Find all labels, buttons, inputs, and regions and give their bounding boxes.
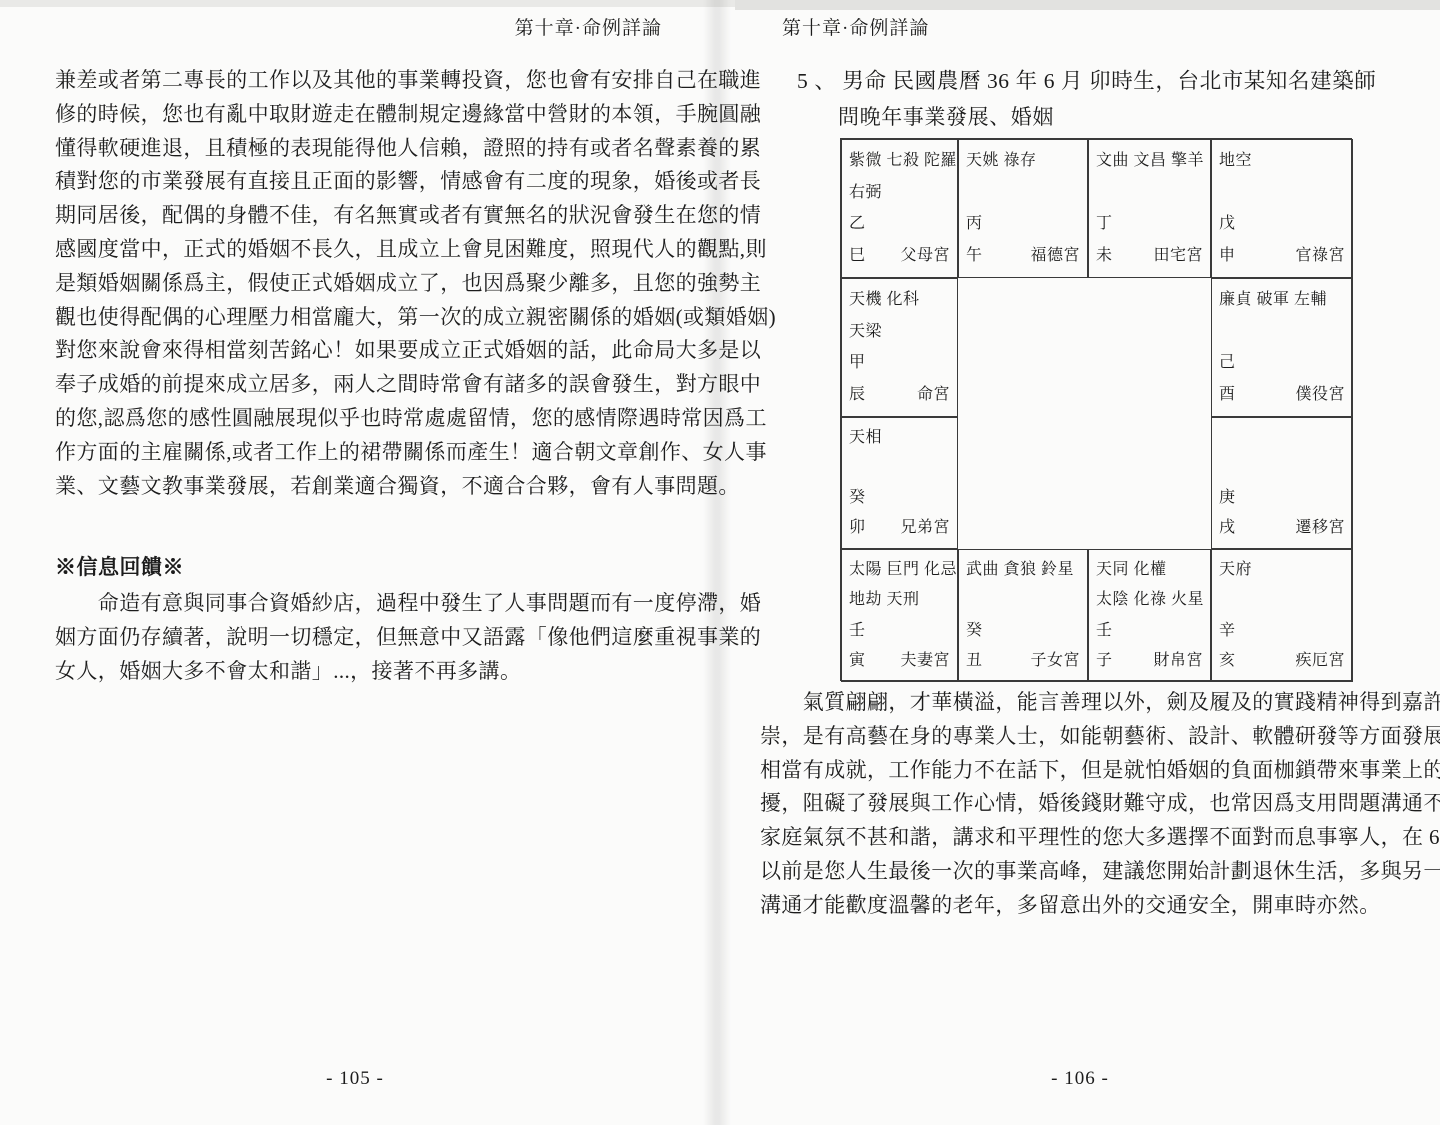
earthly-branch: 未 bbox=[1096, 248, 1113, 264]
palace-name: 僕役宮 bbox=[1295, 387, 1345, 403]
palace-cell-遷移宮: 庚戌遷移宮 bbox=[1211, 417, 1353, 549]
heavenly-stem: 甲 bbox=[849, 348, 950, 380]
earthly-branch: 子 bbox=[1096, 653, 1113, 669]
text-line: 觀也使得配偶的心理壓力相當龐大，第一次的成立親密關係的婚姻(或類婚姻) bbox=[55, 301, 701, 335]
palace-cell-田宅宮: 文曲 文昌 擎羊丁未田宅宮 bbox=[1088, 139, 1211, 278]
heavenly-stem: 壬 bbox=[1096, 616, 1203, 646]
star-names-line1 bbox=[1219, 423, 1345, 453]
palace-cell-福德宮: 天姚 祿存丙午福德宮 bbox=[958, 139, 1088, 278]
earthly-branch: 申 bbox=[1219, 248, 1236, 264]
palace-footer: 寅夫妻宮 bbox=[849, 646, 950, 676]
text-line: 命造有意與同事合資婚紗店，過程中發生了人事問題而有一度停滯，婚 bbox=[55, 587, 701, 621]
right-page-number: - 106 - bbox=[780, 1068, 1380, 1090]
text-line: 對您來說會來得相當刻苦銘心！如果要成立正式婚姻的話，此命局大多是以 bbox=[55, 334, 701, 368]
text-line: 感國度當中，正式的婚姻不長久，且成立上會見困難度，照現代人的觀點,則 bbox=[55, 233, 701, 267]
text-line: 是類婚姻關係爲主，假使正式婚姻成立了，也因爲聚少離多，且您的強勢主 bbox=[55, 267, 701, 301]
palace-footer: 亥疾厄宮 bbox=[1219, 646, 1345, 676]
left-page-number: - 105 - bbox=[55, 1068, 655, 1090]
palace-footer: 卯兄弟宮 bbox=[849, 513, 950, 543]
star-names-line1: 天府 bbox=[1219, 555, 1345, 585]
star-names-line2: 天梁 bbox=[849, 316, 950, 348]
right-running-header: 第十章·命例詳論 bbox=[782, 13, 929, 40]
left-running-header: 第十章·命例詳論 bbox=[400, 13, 662, 40]
left-page-body-text: 兼差或者第二專長的工作以及其他的事業轉投資，您也會有安排自己在職進修的時候，您也… bbox=[55, 64, 701, 503]
text-line: 家庭氣氛不甚和諧，講求和平理性的您大多選擇不面對而息事寧人，在 65 歲 bbox=[760, 821, 1390, 855]
palace-footer: 申官祿宮 bbox=[1219, 240, 1345, 272]
palace-name: 官祿宮 bbox=[1295, 248, 1345, 264]
heavenly-stem: 癸 bbox=[966, 616, 1080, 646]
star-names-line2 bbox=[966, 585, 1080, 615]
palace-name: 福德宮 bbox=[1030, 248, 1080, 264]
star-names-line1: 文曲 文昌 擎羊 bbox=[1096, 145, 1203, 177]
heavenly-stem: 庚 bbox=[1219, 483, 1345, 513]
scan-top-edge-right bbox=[735, 0, 1440, 10]
star-names-line2 bbox=[1219, 177, 1345, 209]
earthly-branch: 辰 bbox=[849, 387, 866, 403]
text-line: 兼差或者第二專長的工作以及其他的事業轉投資，您也會有安排自己在職進 bbox=[55, 64, 701, 98]
palace-cell-命宮: 天機 化科天梁甲辰命宮 bbox=[841, 278, 958, 417]
palace-footer: 未田宅宮 bbox=[1096, 240, 1203, 272]
earthly-branch: 寅 bbox=[849, 653, 866, 669]
text-line: 業、文藝文教事業發展，若創業適合獨資，不適合合夥，會有人事問題。 bbox=[55, 470, 701, 504]
palace-footer: 子財帛宮 bbox=[1096, 646, 1203, 676]
palace-name: 田宅宮 bbox=[1153, 248, 1203, 264]
ziwei-palace-chart: 紫微 七殺 陀羅右弼乙巳父母宮天姚 祿存丙午福德宮文曲 文昌 擎羊丁未田宅宮地空… bbox=[840, 138, 1352, 681]
palace-name: 財帛宮 bbox=[1153, 653, 1203, 669]
palace-footer: 巳父母宮 bbox=[849, 240, 950, 272]
palace-name: 夫妻宮 bbox=[900, 653, 950, 669]
earthly-branch: 午 bbox=[966, 248, 983, 264]
palace-cell-父母宮: 紫微 七殺 陀羅右弼乙巳父母宮 bbox=[841, 139, 958, 278]
text-line: 懂得軟硬進退，且積極的表現能得他人信賴，證照的持有或者名聲素養的累 bbox=[55, 132, 701, 166]
star-names-line1: 紫微 七殺 陀羅 bbox=[849, 145, 950, 177]
palace-name: 子女宮 bbox=[1030, 653, 1080, 669]
heavenly-stem: 戊 bbox=[1219, 209, 1345, 241]
text-line: 姻方面仍存續著，說明一切穩定，但無意中又語露「像他們這麼重視事業的 bbox=[55, 621, 701, 655]
star-names-line1: 太陽 巨門 化忌 bbox=[849, 555, 950, 585]
book-spread: 第十章·命例詳論 兼差或者第二專長的工作以及其他的事業轉投資，您也會有安排自己在… bbox=[0, 0, 1440, 1125]
palace-name: 父母宮 bbox=[900, 248, 950, 264]
text-line: 奉子成婚的前提來成立居多，兩人之間時常會有諸多的誤會發生，對方眼中 bbox=[55, 368, 701, 402]
palace-footer: 午福德宮 bbox=[966, 240, 1080, 272]
case-title: 5 、 男命 民國農曆 36 年 6 月 卯時生，台北市某知名建築師 bbox=[797, 64, 1376, 95]
heavenly-stem: 己 bbox=[1219, 348, 1345, 380]
palace-name: 命宮 bbox=[917, 387, 950, 403]
star-names-line1: 天姚 祿存 bbox=[966, 145, 1080, 177]
palace-cell-財帛宮: 天同 化權太陰 化祿 火星壬子財帛宮 bbox=[1088, 549, 1211, 682]
earthly-branch: 戌 bbox=[1219, 520, 1236, 536]
star-names-line1: 武曲 貪狼 鈴星 bbox=[966, 555, 1080, 585]
right-page-body-text: 氣質翩翩，才華橫溢，能言善理以外，劍及履及的實踐精神得到嘉許推崇，是有高藝在身的… bbox=[760, 686, 1390, 923]
palace-name: 兄弟宮 bbox=[900, 520, 950, 536]
palace-cell-子女宮: 武曲 貪狼 鈴星癸丑子女宮 bbox=[958, 549, 1088, 682]
palace-cell-夫妻宮: 太陽 巨門 化忌地劫 天刑壬寅夫妻宮 bbox=[841, 549, 958, 682]
star-names-line2 bbox=[966, 177, 1080, 209]
star-names-line2 bbox=[1219, 453, 1345, 483]
palace-footer: 戌遷移宮 bbox=[1219, 513, 1345, 543]
text-line: 擾，阻礙了發展與工作心情，婚後錢財難守成，也常因爲支用問題溝通不良， bbox=[760, 787, 1390, 821]
heavenly-stem: 丁 bbox=[1096, 209, 1203, 241]
feedback-section-heading: ※信息回饋※ bbox=[55, 551, 184, 581]
text-line: 女人，婚姻大多不會太和諧」...，接著不再多講。 bbox=[55, 655, 701, 689]
palace-footer: 丑子女宮 bbox=[966, 646, 1080, 676]
palace-cell-僕役宮: 廉貞 破軍 左輔己酉僕役宮 bbox=[1211, 278, 1353, 417]
earthly-branch: 亥 bbox=[1219, 653, 1236, 669]
heavenly-stem: 辛 bbox=[1219, 616, 1345, 646]
chart-center-empty bbox=[958, 278, 1211, 549]
palace-cell-兄弟宮: 天相癸卯兄弟宮 bbox=[841, 417, 958, 549]
text-line: 的您,認爲您的感性圓融展現似乎也時常處處留情，您的感情際遇時常因爲工 bbox=[55, 402, 701, 436]
star-names-line1: 天相 bbox=[849, 423, 950, 453]
text-line: 以前是您人生最後一次的事業高峰，建議您開始計劃退休生活，多與另一半 bbox=[760, 855, 1390, 889]
earthly-branch: 酉 bbox=[1219, 387, 1236, 403]
text-line: 修的時候，您也有亂中取財遊走在體制規定邊緣當中營財的本領，手腕圓融 bbox=[55, 98, 701, 132]
heavenly-stem: 壬 bbox=[849, 616, 950, 646]
star-names-line2 bbox=[1219, 585, 1345, 615]
feedback-section-text: 命造有意與同事合資婚紗店，過程中發生了人事問題而有一度停滯，婚姻方面仍存續著，說… bbox=[55, 587, 701, 688]
text-line: 氣質翩翩，才華橫溢，能言善理以外，劍及履及的實踐精神得到嘉許推 bbox=[760, 686, 1390, 720]
palace-footer: 酉僕役宮 bbox=[1219, 379, 1345, 411]
heavenly-stem: 癸 bbox=[849, 483, 950, 513]
star-names-line2 bbox=[1096, 177, 1203, 209]
text-line: 崇，是有高藝在身的專業人士，如能朝藝術、設計、軟體研發等方面發展會 bbox=[760, 720, 1390, 754]
heavenly-stem: 丙 bbox=[966, 209, 1080, 241]
star-names-line1: 地空 bbox=[1219, 145, 1345, 177]
earthly-branch: 丑 bbox=[966, 653, 983, 669]
star-names-line2: 太陰 化祿 火星 bbox=[1096, 585, 1203, 615]
earthly-branch: 卯 bbox=[849, 520, 866, 536]
earthly-branch: 巳 bbox=[849, 248, 866, 264]
palace-name: 疾厄宮 bbox=[1295, 653, 1345, 669]
palace-name: 遷移宮 bbox=[1295, 520, 1345, 536]
palace-footer: 辰命宮 bbox=[849, 379, 950, 411]
text-line: 作方面的主雇關係,或者工作上的裙帶關係而產生！適合朝文章創作、女人事 bbox=[55, 436, 701, 470]
text-line: 期同居後，配偶的身體不佳，有名無實或者有實無名的狀況會發生在您的情 bbox=[55, 199, 701, 233]
star-names-line2: 地劫 天刑 bbox=[849, 585, 950, 615]
text-line: 溝通才能歡度溫馨的老年，多留意出外的交通安全，開車時亦然。 bbox=[760, 889, 1390, 923]
star-names-line2 bbox=[849, 453, 950, 483]
palace-cell-官祿宮: 地空戊申官祿宮 bbox=[1211, 139, 1353, 278]
star-names-line2: 右弼 bbox=[849, 177, 950, 209]
text-line: 相當有成就，工作能力不在話下，但是就怕婚姻的負面枷鎖帶來事業上的困 bbox=[760, 754, 1390, 788]
palace-cell-疾厄宮: 天府辛亥疾厄宮 bbox=[1211, 549, 1353, 682]
text-line: 積對您的市業發展有直接且正面的影響，情感會有二度的現象，婚後或者長 bbox=[55, 165, 701, 199]
star-names-line2 bbox=[1219, 316, 1345, 348]
star-names-line1: 天機 化科 bbox=[849, 284, 950, 316]
star-names-line1: 天同 化權 bbox=[1096, 555, 1203, 585]
star-names-line1: 廉貞 破軍 左輔 bbox=[1219, 284, 1345, 316]
heavenly-stem: 乙 bbox=[849, 209, 950, 241]
case-subtitle: 問晚年事業發展、婚姻 bbox=[838, 101, 1054, 131]
